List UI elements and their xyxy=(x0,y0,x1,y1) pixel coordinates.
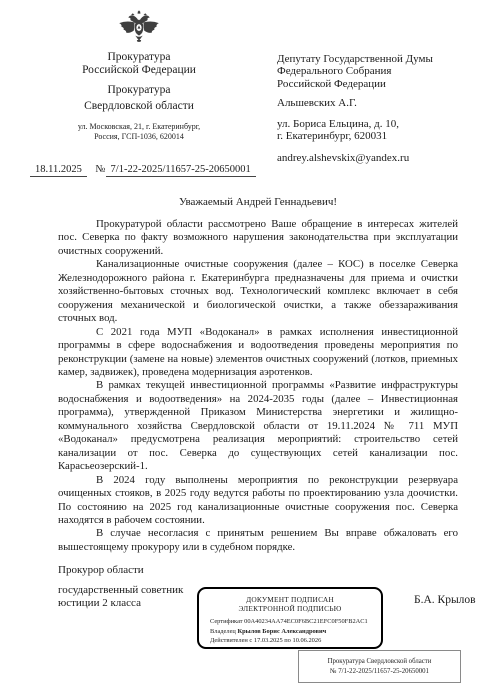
salutation: Уважаемый Андрей Геннадьевич! xyxy=(58,196,458,208)
reference-date: 18.11.2025 xyxy=(30,164,87,177)
esignature-title-line2: ЭЛЕКТРОННОЙ ПОДПИСЬЮ xyxy=(199,604,381,613)
recipient-block: Депутату Государственной Думы Федерально… xyxy=(277,53,479,164)
org-region-line2: Свердловской области xyxy=(48,98,230,114)
validity-to: 10.06.2026 xyxy=(293,637,322,644)
validity-from: 17.03.2025 xyxy=(254,637,283,644)
paragraph-5: В 2024 году выполнены мероприятия по рек… xyxy=(58,474,458,528)
org-federation-line1: Прокуратура xyxy=(48,51,230,64)
number-sign: № xyxy=(96,164,106,175)
sender-address-line2: Россия, ГСП-1036, 620014 xyxy=(48,132,230,142)
paragraph-4: В рамках текущей инвестиционной программ… xyxy=(58,379,458,473)
reference-number: 7/1-22-2025/11657-25-20650001 xyxy=(106,164,256,177)
recipient-line1: Депутату Государственной Думы xyxy=(277,53,479,65)
paragraph-1: Прокуратурой области рассмотрено Ваше об… xyxy=(58,218,458,258)
owner-row: Владелец Крылов Борис Александрович xyxy=(210,627,381,636)
document-page: Прокуратура Российской Федерации Прокура… xyxy=(0,0,488,690)
russia-coat-of-arms-icon xyxy=(117,10,161,48)
certificate-value: 00A40234AA74EC0F6BC21EFC0F50FB2AC1 xyxy=(244,618,368,625)
certificate-label: Сертификат xyxy=(210,618,243,625)
signer-name: Б.А. Крылов xyxy=(414,594,476,606)
owner-value: Крылов Борис Александрович xyxy=(237,628,326,635)
org-region-line1: Прокуратура xyxy=(48,82,230,98)
esignature-title-line1: ДОКУМЕНТ ПОДПИСАН xyxy=(199,595,381,604)
registration-org: Прокуратура Свердловской области xyxy=(299,657,460,667)
org-federation-line2: Российской Федерации xyxy=(48,64,230,77)
recipient-name: Альшевских А.Г. xyxy=(277,97,479,109)
esignature-title: ДОКУМЕНТ ПОДПИСАН ЭЛЕКТРОННОЙ ПОДПИСЬЮ xyxy=(199,595,381,613)
certificate-row: Сертификат 00A40234AA74EC0F6BC21EFC0F50F… xyxy=(210,617,381,626)
registration-stamp: Прокуратура Свердловской области № 7/1-2… xyxy=(298,650,461,683)
recipient-address-line2: г. Екатеринбург, 620031 xyxy=(277,130,479,142)
paragraph-6: В случае несогласия с принятым решением … xyxy=(58,527,458,554)
validity-label: Действителен с xyxy=(210,637,252,644)
signer-post: Прокурор области xyxy=(58,564,144,576)
validity-separator: по xyxy=(284,637,291,644)
registration-number: № 7/1-22-2025/11657-25-20650001 xyxy=(299,667,460,677)
letter-body: Прокуратурой области рассмотрено Ваше об… xyxy=(58,218,458,554)
recipient-address-line1: ул. Бориса Ельцина, д. 10, xyxy=(277,118,479,130)
paragraph-2: Канализационные очистные сооружения (дал… xyxy=(58,258,458,325)
recipient-line3: Российской Федерации xyxy=(277,78,479,90)
validity-row: Действителен с 17.03.2025 по 10.06.2026 xyxy=(210,636,381,645)
paragraph-3: С 2021 года МУП «Водоканал» в рамках исп… xyxy=(58,326,458,380)
reference-line: 18.11.2025 №7/1-22-2025/11657-25-2065000… xyxy=(30,164,256,175)
signer-rank-line2: юстиции 2 класса xyxy=(58,597,218,610)
sender-address: ул. Московская, 21, г. Екатеринбург, Рос… xyxy=(48,122,230,142)
letterhead: Прокуратура Российской Федерации Прокура… xyxy=(48,10,230,142)
org-region: Прокуратура Свердловской области xyxy=(48,82,230,114)
signer-rank-line1: государственный советник xyxy=(58,584,218,597)
recipient-line2: Федерального Собрания xyxy=(277,65,479,77)
esignature-stamp: ДОКУМЕНТ ПОДПИСАН ЭЛЕКТРОННОЙ ПОДПИСЬЮ С… xyxy=(197,587,383,649)
owner-label: Владелец xyxy=(210,628,236,635)
signer-rank: государственный советник юстиции 2 класс… xyxy=(58,584,218,609)
recipient-address: ул. Бориса Ельцина, д. 10, г. Екатеринбу… xyxy=(277,118,479,143)
org-federation: Прокуратура Российской Федерации xyxy=(48,51,230,76)
sender-address-line1: ул. Московская, 21, г. Екатеринбург, xyxy=(48,122,230,132)
recipient-email: andrey.alshevskix@yandex.ru xyxy=(277,152,479,164)
